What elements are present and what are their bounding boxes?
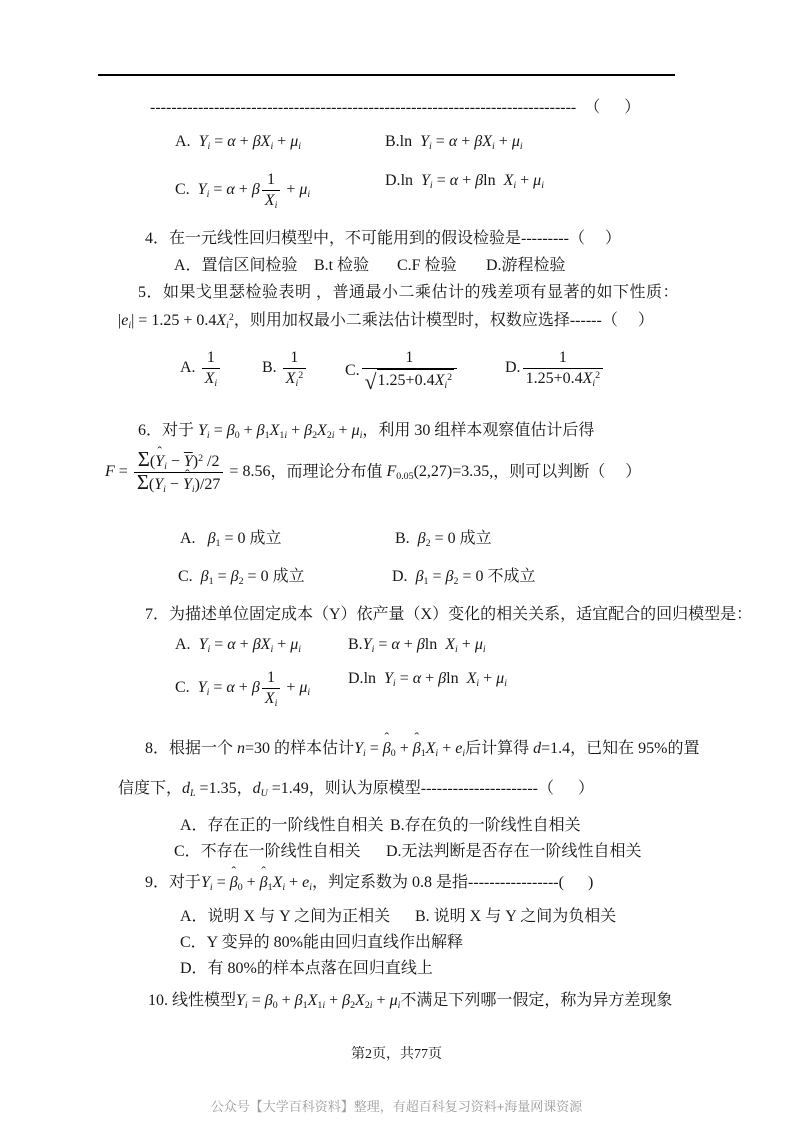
q5-option-d: D.11.25+0.4Xi2 — [505, 348, 605, 389]
q8-option-d: D.无法判断是否存在一阶线性自相关 — [386, 841, 642, 863]
q3-fill-line: ----------------------------------------… — [150, 97, 640, 119]
q8-option-b: B.存在负的一阶线性自相关 — [390, 815, 581, 837]
q8-option-a: A．存在正的一阶线性自相关 — [180, 815, 384, 837]
q6-option-c: C. β1 = β2 = 0 成立 — [178, 566, 305, 588]
watermark: 公众号【大学百科资料】整理，有超百科复习资料+海量网课资源 — [0, 1096, 793, 1115]
q4-option-b: B.t 检验 — [314, 255, 369, 277]
q6-stem-line-1: 6．对于 Yi = β0 + β1X1i + β2X2i + μi，利用 30 … — [138, 420, 594, 442]
page-number: 第2页，共77页 — [0, 1043, 793, 1063]
q9-option-a: A．说明 X 与 Y 之间为正相关 — [180, 906, 390, 928]
q6-option-b: B. β2 = 0 成立 — [395, 528, 492, 550]
exam-page: ----------------------------------------… — [0, 0, 793, 1122]
q9-option-c: C．Y 变异的 80%能由回归直线作出解释 — [180, 932, 463, 954]
q5-option-c: C.1√1.25+0.4Xi2 — [345, 348, 459, 395]
header-rule — [98, 74, 675, 76]
q6-stem-line-2: F = Σ(ˆYi − Y)2 /2Σ(Yi − ˆYi)/27 = 8.56，… — [105, 450, 641, 495]
q10-stem: 10. 线性模型Yi = β0 + β1X1i + β2X2i + μi不满足下… — [148, 990, 672, 1012]
q8-stem-line-1: 8．根据一个 n=30 的样本估计Yi = ˆβ0 + ˆβ1Xi + ei后计… — [145, 738, 699, 760]
q5-stem-line-1: 5．如果戈里瑟检验表明 ，普通最小二乘估计的残差项有显著的如下性质： — [138, 282, 679, 304]
q5-stem-line-2: |ei| = 1.25 + 0.4Xi2，则用加权最小二乘法估计模型时，权数应选… — [118, 310, 654, 332]
q4-stem: 4．在一元线性回归模型中，不可能用到的假设检验是---------（ ） — [145, 228, 621, 250]
q3-option-a: A. Yi = α + βXi + μi — [175, 131, 301, 153]
q7-option-d: D.ln Yi = α + βln Xi + μi — [348, 668, 507, 690]
q7-stem: 7．为描述单位固定成本（Y）依产量（X）变化的相关关系，适宜配合的回归模型是： — [145, 604, 752, 626]
q5-option-a: A. 1Xi — [180, 348, 222, 389]
q3-option-b: B.ln Yi = α + βXi + μi — [385, 131, 523, 153]
q4-option-a: A．置信区间检验 — [174, 255, 298, 277]
q9-stem: 9．对于Yi = ˆβ0 + ˆβ1Xi + ei，判定系数为 0.8 是指--… — [145, 872, 593, 894]
q3-option-c: C. Yi = α + β1Xi + μi — [175, 170, 310, 211]
q8-stem-line-2: 信度下，dL =1.35，dU =1.49，则认为原模型------------… — [118, 778, 594, 800]
q3-option-d: D.ln Yi = α + βln Xi + μi — [385, 170, 544, 192]
q6-option-d: D. β1 = β2 = 0 不成立 — [392, 566, 535, 588]
q6-option-a: A. β1 = 0 成立 — [180, 528, 282, 550]
q4-option-d: D.游程检验 — [486, 255, 566, 277]
q9-option-d: D．有 80%的样本点落在回归直线上 — [180, 958, 433, 980]
q7-option-c: C. Yi = α + β1Xi + μi — [175, 668, 310, 709]
q5-option-b: B. 1Xi2 — [262, 348, 308, 389]
q7-option-a: A. Yi = α + βXi + μi — [175, 634, 301, 656]
q4-option-c: C.F 检验 — [397, 255, 457, 277]
q8-option-c: C．不存在一阶线性自相关 — [174, 841, 361, 863]
q7-option-b: B.Yi = α + βln Xi + μi — [348, 634, 486, 656]
q9-option-b: B. 说明 X 与 Y 之间为负相关 — [415, 906, 616, 928]
